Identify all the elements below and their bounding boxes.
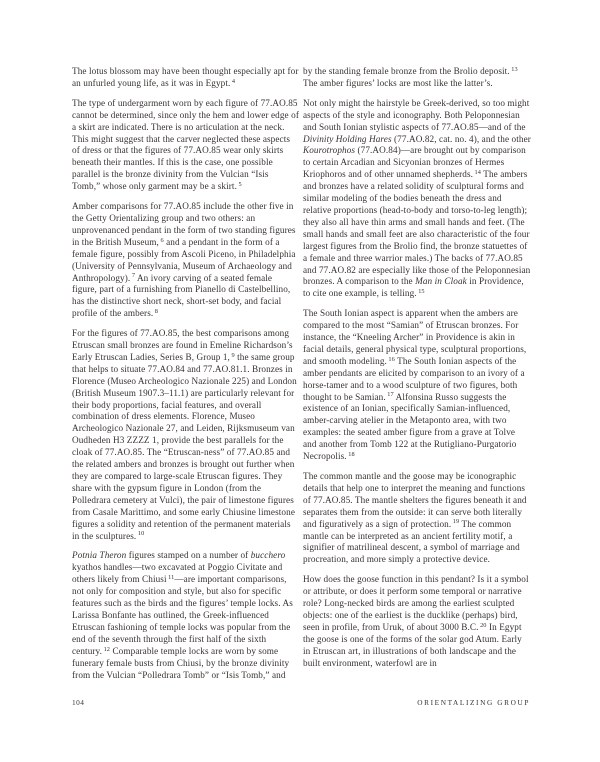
running-header: ORIENTALIZING GROUP	[417, 698, 530, 707]
text-run: The amber figures’ locks are most like t…	[303, 78, 493, 88]
footnote-reference: 17	[387, 391, 394, 398]
paragraph: How does the goose function in this pend…	[303, 574, 531, 669]
footnote-reference: 11	[168, 574, 174, 581]
italic-text: Potnia Theron	[72, 550, 126, 560]
footnote-reference: 15	[418, 288, 425, 295]
footnote-reference: 4	[232, 78, 235, 85]
footnote-reference: 5	[238, 181, 241, 188]
text-run: by the standing female bronze from the B…	[303, 66, 510, 76]
text-run: (77.AO.82, cat. no. 4), and the other	[392, 134, 531, 144]
footnote-reference: 10	[138, 530, 145, 537]
footnote-reference: 12	[104, 646, 111, 653]
footnote-reference: 18	[348, 451, 355, 458]
document-page: The lotus blossom may have been thought …	[0, 0, 600, 762]
italic-text: Man in Cloak	[415, 276, 467, 286]
paragraph: The common mantle and the goose may be i…	[303, 471, 531, 566]
text-run: the same group that helps to situate 77.…	[72, 352, 297, 541]
paragraph: The lotus blossom may have been thought …	[72, 66, 299, 90]
paragraph: Potnia Theron figures stamped on a numbe…	[72, 550, 299, 681]
footnote-reference: 20	[480, 622, 487, 629]
text-run: The ambers and bronzes have a related so…	[303, 169, 530, 286]
text-column-right: by the standing female bronze from the B…	[303, 66, 531, 678]
text-run: The lotus blossom may have been thought …	[72, 66, 299, 88]
italic-text: Divinity Holding Hares	[303, 134, 392, 144]
italic-text: Kourotrophos	[303, 145, 355, 155]
footnote-reference: 8	[155, 308, 158, 315]
paragraph: Amber comparisons for 77.AO.85 include t…	[72, 201, 299, 320]
text-run: The type of undergarment worn by each fi…	[72, 98, 299, 191]
text-run: —are important comparisons, not only for…	[72, 574, 293, 655]
paragraph: The South Ionian aspect is apparent when…	[303, 308, 531, 463]
footnote-reference: 19	[453, 518, 460, 525]
text-run: Not only might the hairstyle be Greek-de…	[303, 98, 529, 132]
page-number: 104	[72, 698, 84, 707]
paragraph: by the standing female bronze from the B…	[303, 66, 531, 90]
text-column-left: The lotus blossom may have been thought …	[72, 66, 299, 689]
footnote-reference: 16	[388, 356, 395, 363]
footnote-reference: 14	[475, 169, 482, 176]
page-footer: 104 ORIENTALIZING GROUP	[72, 698, 530, 707]
footnote-reference: 6	[160, 237, 163, 244]
text-run: figures stamped on a number of	[126, 550, 250, 560]
footnote-reference: 7	[132, 272, 135, 279]
paragraph: For the figures of 77.AO.85, the best co…	[72, 328, 299, 542]
paragraph: Not only might the hairstyle be Greek-de…	[303, 98, 531, 300]
footnote-reference: 9	[231, 352, 234, 359]
italic-text: bucchero	[251, 550, 286, 560]
footnote-reference: 13	[511, 66, 518, 73]
paragraph: The type of undergarment worn by each fi…	[72, 98, 299, 193]
